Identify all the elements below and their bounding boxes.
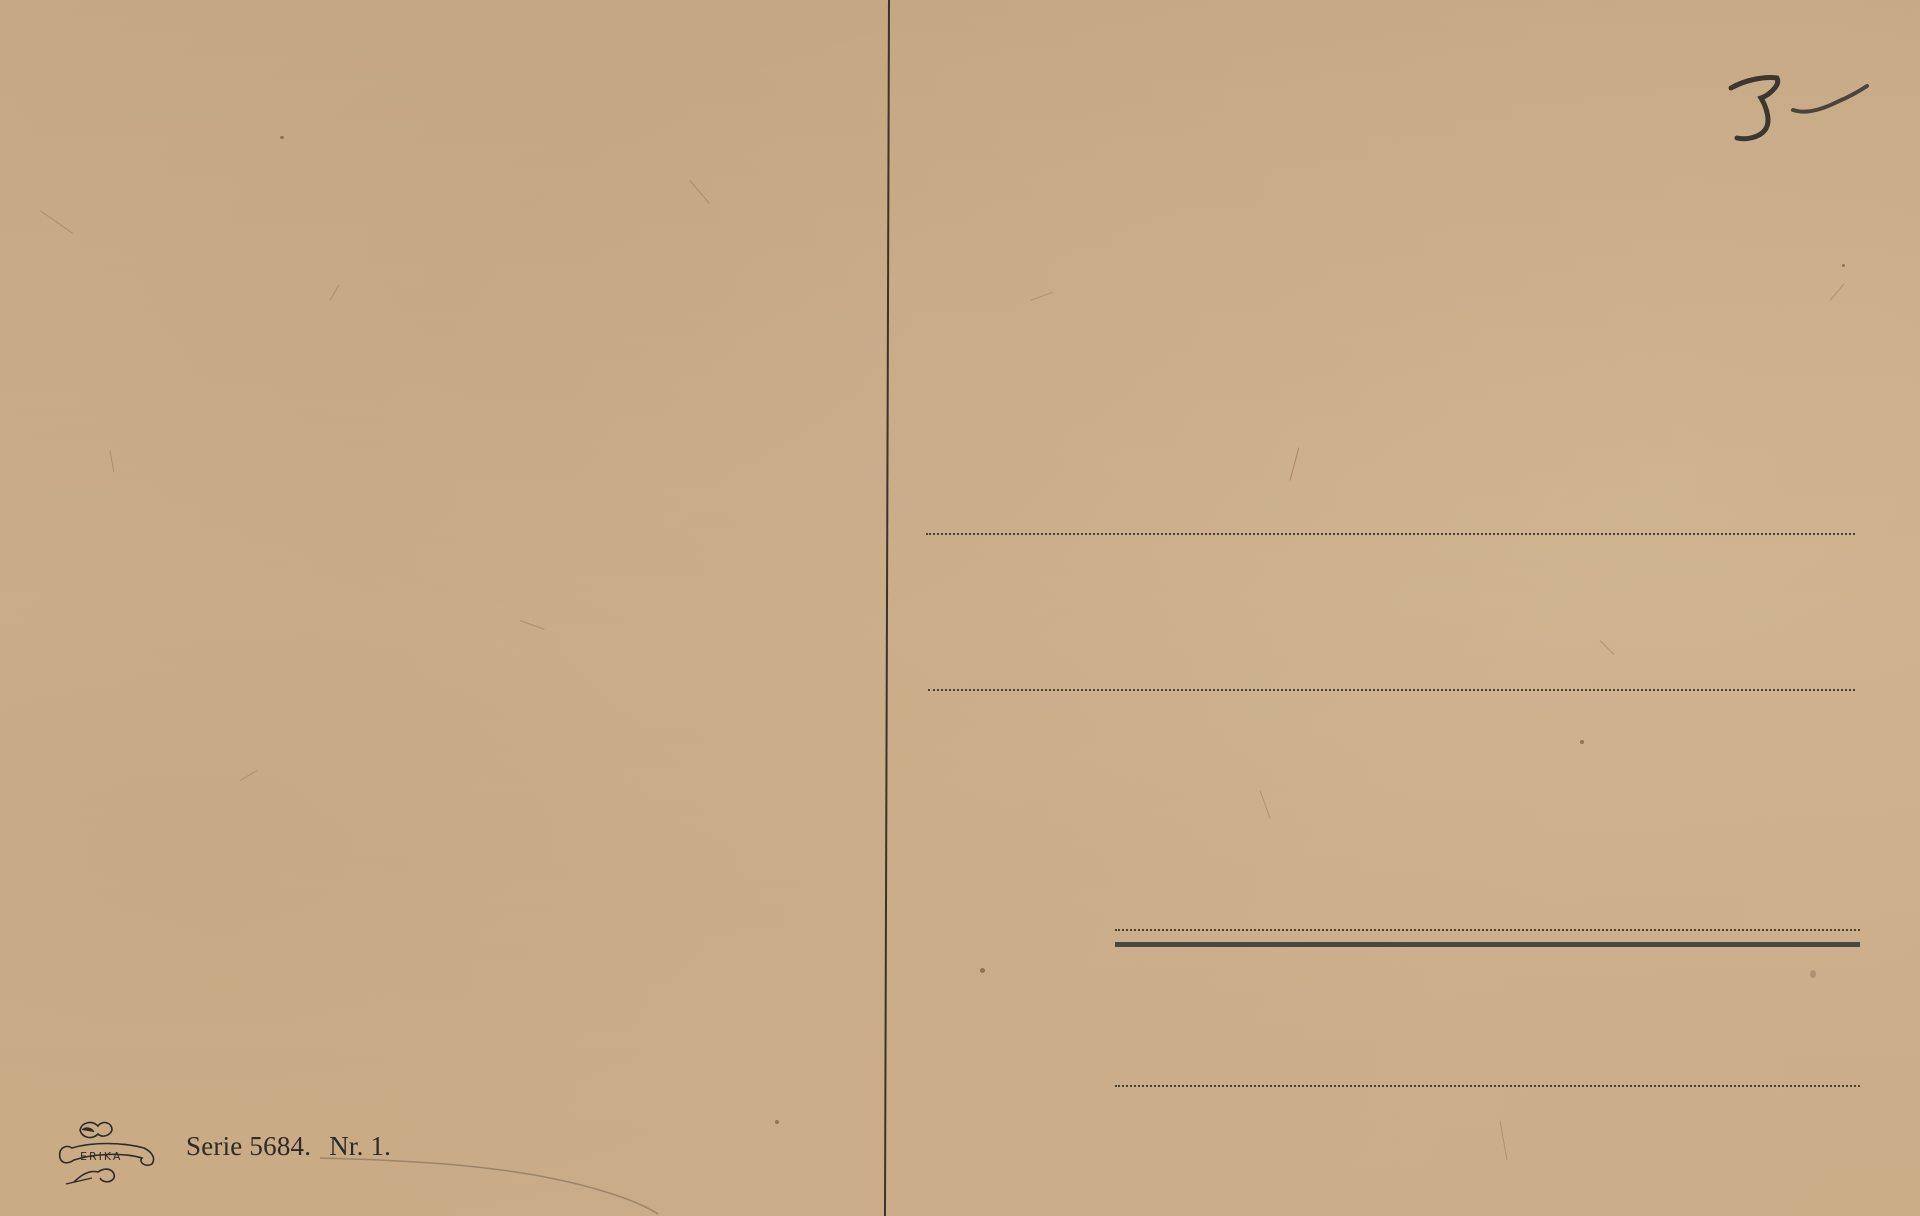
- address-line-4: [1115, 1085, 1860, 1087]
- postcard-back: 3– ERIKA Serie 5684.Nr. 1.: [0, 0, 1920, 1216]
- address-line-1: [926, 533, 1855, 535]
- series-number: Serie 5684.: [186, 1131, 311, 1161]
- address-line-3: [1115, 929, 1860, 931]
- address-line-2: [928, 689, 1855, 691]
- address-underline: [1115, 942, 1860, 947]
- pencil-stroke: [320, 1150, 660, 1216]
- logo-text: ERIKA: [80, 1150, 122, 1163]
- erika-publisher-logo: ERIKA: [52, 1118, 162, 1190]
- center-divider-line: [884, 0, 890, 1216]
- handwritten-price-mark: 3–: [1725, 60, 1875, 150]
